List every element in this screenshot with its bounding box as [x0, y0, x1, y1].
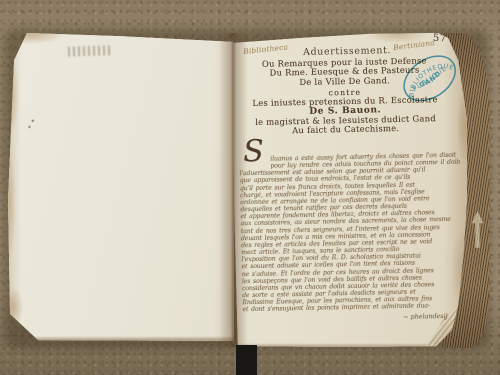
offset-ink-smudge: [68, 45, 110, 56]
ownership-annotation-left: Bibliotheca: [243, 42, 289, 56]
ownership-annotation-right: Bertiniana: [393, 38, 436, 52]
scribe-signature: ~ phelandesij: [243, 312, 464, 325]
right-page-content: Bibliotheca Aduertissement. Bertiniana 5…: [230, 30, 471, 351]
body-text-block: iluanus a esté aussy fort aduerty des ch…: [239, 152, 463, 314]
spine-crease-line: [232, 36, 234, 344]
manuscript-photo: Bibliotheca Aduertissement. Bertiniana 5…: [0, 0, 500, 375]
left-blank-page: [8, 33, 234, 341]
cradle-strap: [236, 345, 257, 375]
right-title-page: Bibliotheca Aduertissement. Bertiniana 5…: [233, 32, 467, 348]
